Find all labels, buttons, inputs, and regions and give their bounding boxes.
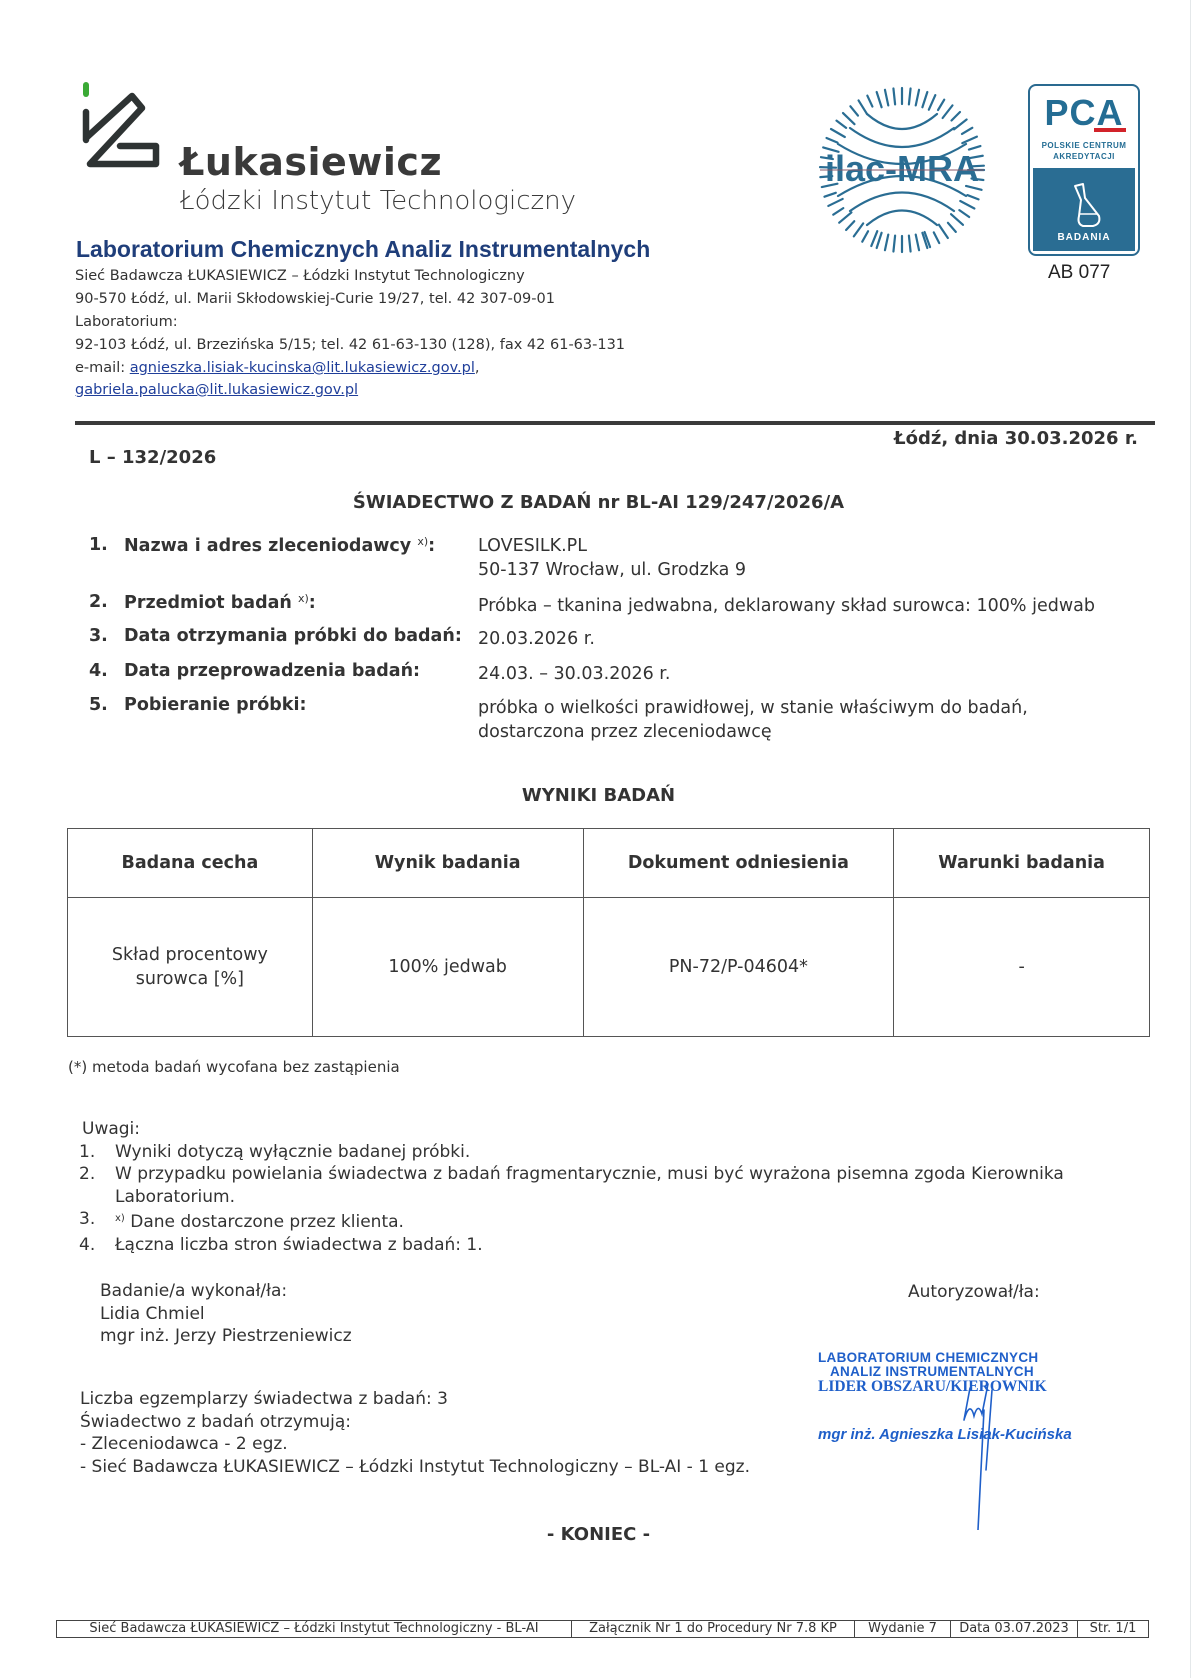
end-marker: - KONIEC -: [0, 1524, 1197, 1545]
item-value: próbka o wielkości prawidłowej, w stanie…: [478, 696, 1028, 744]
item-value-line: 50-137 Wrocław, ul. Grodzka 9: [478, 558, 746, 582]
place-date: Łódź, dnia 30.03.2026 r.: [894, 428, 1138, 449]
performed-by-section: Badanie/a wykonał/ła: Lidia Chmiel mgr i…: [100, 1280, 352, 1348]
item-number: 1.: [89, 535, 108, 555]
pca-subtitle: POLSKIE CENTRUM AKREDYTACJI: [1030, 140, 1138, 162]
svg-text:ilac-MRA: ilac-MRA: [825, 148, 979, 189]
item-label: Przedmiot badań x):: [124, 592, 316, 613]
item-value: Próbka – tkanina jedwabna, deklarowany s…: [478, 594, 1095, 618]
column-header: Badana cecha: [68, 829, 313, 898]
item-label-suffix: :: [428, 536, 435, 556]
item-label: Pobieranie próbki:: [124, 695, 306, 715]
item-label-text: Przedmiot badań: [124, 593, 292, 613]
item-number: 5.: [89, 695, 108, 715]
email-link[interactable]: agnieszka.lisiak-kucinska@lit.lukasiewic…: [130, 360, 475, 376]
column-header: Dokument odniesienia: [583, 829, 894, 898]
item-number: 4.: [89, 661, 108, 681]
pca-badge-panel: BADANIA: [1033, 168, 1135, 251]
document-number: L – 132/2026: [89, 447, 216, 468]
cell-feature-line: Skład procentowy: [68, 943, 312, 967]
item-label-suffix: :: [309, 593, 316, 613]
note-text: Łączna liczba stron świadectwa z badań: …: [115, 1235, 483, 1255]
stamp-line: LABORATORIUM CHEMICZNYCH: [818, 1350, 1072, 1365]
column-header: Warunki badania: [894, 829, 1150, 898]
note-number: 4.: [79, 1234, 95, 1257]
footer-cell: Data 03.07.2023: [951, 1621, 1078, 1637]
item-value-line: 24.03. – 30.03.2026 r.: [478, 662, 670, 686]
results-table: Badana cecha Wynik badania Dokument odni…: [67, 828, 1150, 1037]
brand-name: Łukasiewicz: [180, 140, 442, 184]
item-label-text: Data przeprowadzenia badań:: [124, 661, 420, 681]
ilac-mra-logo-icon: ilac-MRA: [812, 84, 992, 254]
table-row: Skład procentowy surowca [%] 100% jedwab…: [68, 898, 1150, 1037]
email-prefix: e-mail:: [75, 360, 130, 376]
note-number: 1.: [79, 1141, 95, 1164]
note-item: 4.Łączna liczba stron świadectwa z badań…: [79, 1234, 1139, 1257]
footer-cell: Wydanie 7: [855, 1621, 951, 1637]
note-item: 1.Wyniki dotyczą wyłącznie badanej próbk…: [79, 1141, 1139, 1164]
copies-section: Liczba egzemplarzy świadectwa z badań: 3…: [80, 1388, 750, 1478]
email-separator: ,: [475, 360, 480, 376]
table-footnote: (*) metoda badań wycofana bez zastąpieni…: [68, 1058, 400, 1076]
email-line: gabriela.palucka@lit.lukasiewicz.gov.pl: [75, 382, 358, 398]
recipient: - Sieć Badawcza ŁUKASIEWICZ – Łódzki Ins…: [80, 1456, 750, 1479]
item-label-text: Pobieranie próbki:: [124, 695, 306, 715]
flask-icon: [1069, 182, 1105, 230]
note-item: 2.W przypadku powielania świadectwa z ba…: [79, 1163, 1139, 1208]
note-text: W przypadku powielania świadectwa z bada…: [115, 1164, 1064, 1207]
item-value-line: dostarczona przez zleceniodawcę: [478, 720, 1028, 744]
item-value-line: próbka o wielkości prawidłowej, w stanie…: [478, 696, 1028, 720]
notes-section: Uwagi: 1.Wyniki dotyczą wyłącznie badane…: [82, 1118, 1139, 1256]
pca-subtitle-line: POLSKIE CENTRUM: [1030, 140, 1138, 151]
page-edge: [1190, 0, 1191, 1678]
item-value: LOVESILK.PL 50-137 Wrocław, ul. Grodzka …: [478, 534, 746, 582]
recipient: - Zleceniodawca - 2 egz.: [80, 1433, 750, 1456]
cell-feature-line: surowca [%]: [68, 967, 312, 991]
performed-label: Badanie/a wykonał/ła:: [100, 1280, 352, 1303]
item-number: 2.: [89, 592, 108, 612]
results-title: WYNIKI BADAŃ: [0, 785, 1197, 806]
stamp-line: ANALIZ INSTRUMENTALNYCH: [818, 1364, 1072, 1379]
cell-reference: PN-72/P-04604*: [583, 898, 894, 1037]
cell-feature: Skład procentowy surowca [%]: [68, 898, 313, 1037]
header-divider: [75, 421, 1155, 425]
note-item: 3.x) Dane dostarczone przez klienta.: [79, 1208, 1139, 1234]
item-label: Data otrzymania próbki do badań:: [124, 626, 462, 646]
notes-heading: Uwagi:: [82, 1118, 1139, 1141]
item-label-text: Data otrzymania próbki do badań:: [124, 626, 462, 646]
note-text: Dane dostarczone przez klienta.: [125, 1212, 404, 1232]
pca-red-accent: [1094, 128, 1126, 132]
note-number: 2.: [79, 1163, 95, 1186]
column-header: Wynik badania: [312, 829, 583, 898]
recipients-heading: Świadectwo z badań otrzymują:: [80, 1411, 750, 1434]
pca-subtitle-line: AKREDYTACJI: [1030, 151, 1138, 162]
lab-title: Laboratorium Chemicznych Analiz Instrume…: [76, 236, 650, 263]
footer-cell: Sieć Badawcza ŁUKASIEWICZ – Łódzki Insty…: [57, 1621, 572, 1637]
brand-subtitle: Łódzki Instytut Technologiczny: [180, 186, 576, 216]
address-line: 90-570 Łódź, ul. Marii Skłodowskiej-Curi…: [75, 291, 555, 307]
pca-badge-label: BADANIA: [1033, 232, 1135, 243]
item-label-text: Nazwa i adres zleceniodawcy: [124, 536, 411, 556]
item-value: 20.03.2026 r.: [478, 627, 595, 651]
email-link[interactable]: gabriela.palucka@lit.lukasiewicz.gov.pl: [75, 382, 358, 398]
item-number: 3.: [89, 626, 108, 646]
item-value-line: 20.03.2026 r.: [478, 627, 595, 651]
item-value-line: LOVESILK.PL: [478, 534, 746, 558]
footer-cell: Str. 1/1: [1078, 1621, 1148, 1637]
address-line: Sieć Badawcza ŁUKASIEWICZ – Łódzki Insty…: [75, 268, 525, 284]
lukasiewicz-logo-icon: [80, 82, 162, 182]
address-line: Laboratorium:: [75, 314, 178, 330]
accreditation-code: AB 077: [1048, 262, 1110, 284]
copies-count: Liczba egzemplarzy świadectwa z badań: 3: [80, 1388, 750, 1411]
item-value: 24.03. – 30.03.2026 r.: [478, 662, 670, 686]
note-sup: x): [115, 1213, 125, 1224]
cell-result: 100% jedwab: [312, 898, 583, 1037]
authorized-label: Autoryzował/ła:: [908, 1282, 1040, 1302]
table-header-row: Badana cecha Wynik badania Dokument odni…: [68, 829, 1150, 898]
item-label: Nazwa i adres zleceniodawcy x):: [124, 535, 435, 556]
address-line: 92-103 Łódź, ul. Brzezińska 5/15; tel. 4…: [75, 337, 625, 353]
certificate-title: ŚWIADECTWO Z BADAŃ nr BL-AI 129/247/2026…: [0, 492, 1197, 513]
item-label-sup: x): [417, 535, 428, 548]
email-line: e-mail: agnieszka.lisiak-kucinska@lit.lu…: [75, 360, 479, 376]
note-text: Wyniki dotyczą wyłącznie badanej próbki.: [115, 1142, 470, 1162]
item-label: Data przeprowadzenia badań:: [124, 661, 420, 681]
page-footer: Sieć Badawcza ŁUKASIEWICZ – Łódzki Insty…: [56, 1620, 1149, 1638]
performer-name: Lidia Chmiel: [100, 1303, 352, 1326]
cell-conditions: -: [894, 898, 1150, 1037]
item-value-line: Próbka – tkanina jedwabna, deklarowany s…: [478, 594, 1095, 618]
handwritten-signature-icon: [940, 1380, 1010, 1530]
footer-cell: Załącznik Nr 1 do Procedury Nr 7.8 KP: [572, 1621, 855, 1637]
pca-accreditation-badge: PCA POLSKIE CENTRUM AKREDYTACJI BADANIA: [1028, 84, 1140, 256]
item-label-sup: x): [298, 592, 309, 605]
note-number: 3.: [79, 1208, 95, 1231]
performer-name: mgr inż. Jerzy Piestrzeniewicz: [100, 1325, 352, 1348]
